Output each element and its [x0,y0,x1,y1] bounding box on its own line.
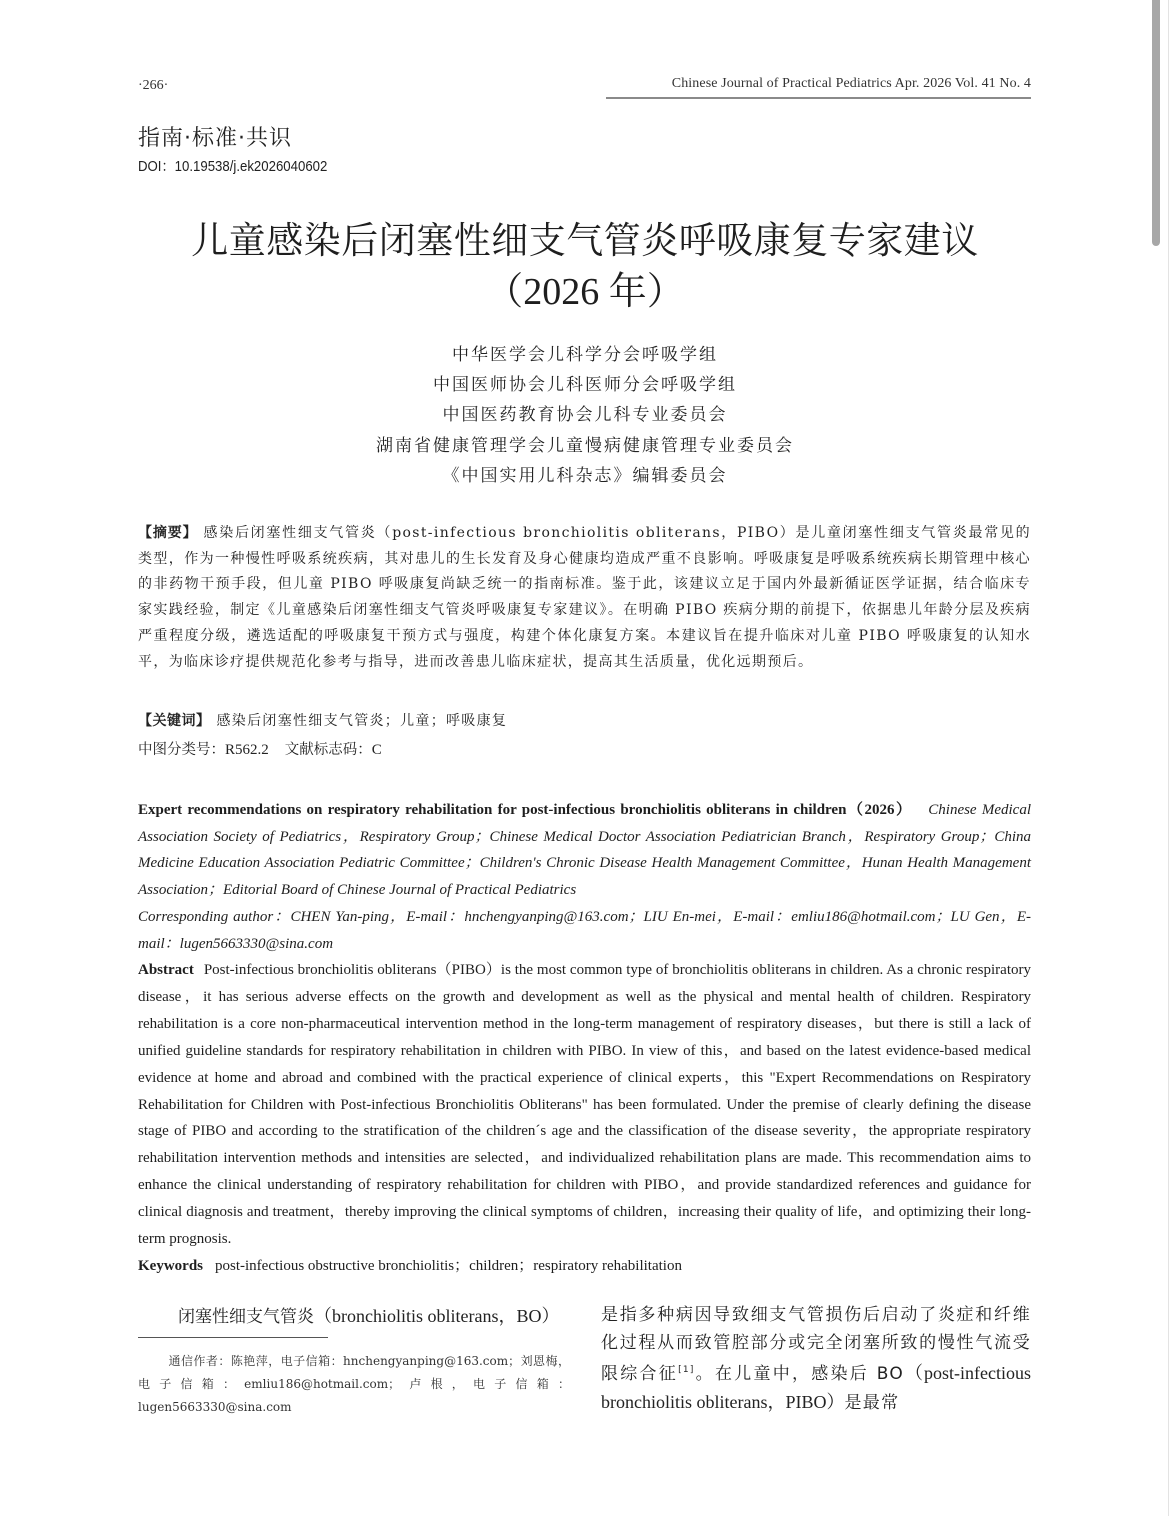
english-keywords-text: post-infectious obstructive bronchioliti… [215,1258,682,1274]
article-title: 儿童感染后闭塞性细支气管炎呼吸康复专家建议 [0,210,1170,264]
chinese-keywords-label: 【关键词】 [138,713,211,729]
corresponding-authors: Corresponding author：CHEN Yan-ping，E-mai… [138,904,1031,957]
body-text-segment: 是最常 [844,1393,899,1413]
classification-line: 中图分类号：R562.2文献标志码：C [138,738,1031,759]
doc-code-label: 文献标志码： [285,742,372,758]
footnote-divider [138,1337,328,1338]
header-divider [606,97,1031,99]
author-group: 湖南省健康管理学会儿童慢病健康管理专业委员会 [0,431,1170,461]
body-text-right-column: 是指多种病因导致细支气管损伤后启动了炎症和纤维化过程从而致管腔部分或完全闭塞所致… [601,1302,1031,1417]
author-group: 中国医药教育协会儿科专业委员会 [0,400,1170,430]
page-number: ·266· [138,78,168,94]
citation-ref[interactable]: [1] [678,1365,695,1375]
chinese-keywords-text: 感染后闭塞性细支气管炎；儿童；呼吸康复 [217,713,508,729]
journal-running-header: Chinese Journal of Practical Pediatrics … [606,76,1031,92]
section-label: 指南·标准·共识 [138,121,292,152]
clc-value: R562.2 [225,742,269,758]
english-abstract-label: Abstract [138,962,194,978]
author-group: 中华医学会儿科学分会呼吸学组 [0,340,1170,370]
body-text-left-column: 闭塞性细支气管炎（bronchiolitis obliterans，BO） [178,1302,578,1328]
english-title: Expert recommendations on respiratory re… [138,802,912,818]
body-text-cn: 闭塞性细支气管炎 [178,1307,314,1327]
footnote-text: 通信作者：陈艳萍，电子信箱：hnchengyanping@163.com；刘恩梅… [138,1354,570,1414]
author-group: 中国医师协会儿科医师分会呼吸学组 [0,370,1170,400]
english-abstract: AbstractPost-infectious bronchiolitis ob… [138,957,1031,1253]
vertical-scrollbar-thumb[interactable] [1152,0,1160,246]
doc-code-value: C [372,742,382,758]
article-title-year: （2026 年） [0,260,1170,315]
body-text-latin: （bronchiolitis obliterans，BO） [314,1306,559,1326]
footnote-correspondence: 通信作者：陈艳萍，电子信箱：hnchengyanping@163.com；刘恩梅… [138,1350,570,1419]
english-keywords: Keywordspost-infectious obstructive bron… [138,1254,1031,1275]
chinese-keywords: 【关键词】感染后闭塞性细支气管炎；儿童；呼吸康复 [138,710,1031,730]
doi: DOI：10.19538/j.ek2026040602 [138,155,327,176]
author-group: 《中国实用儿科杂志》编辑委员会 [0,461,1170,491]
english-abstract-text: Post-infectious bronchiolitis obliterans… [138,962,1031,1247]
clc-label: 中图分类号： [138,742,225,758]
chinese-abstract-text: 感染后闭塞性细支气管炎（post-infectious bronchioliti… [138,525,1031,670]
scrollbar-edge [1168,0,1169,1516]
body-text-segment: 。在儿童中，感染后 BO [695,1364,904,1384]
english-front-matter: Expert recommendations on respiratory re… [138,797,1031,957]
author-groups: 中华医学会儿科学分会呼吸学组 中国医师协会儿科医师分会呼吸学组 中国医药教育协会… [0,340,1170,491]
chinese-abstract: 【摘要】感染后闭塞性细支气管炎（post-infectious bronchio… [138,521,1031,675]
english-keywords-label: Keywords [138,1258,203,1274]
chinese-abstract-label: 【摘要】 [138,525,198,541]
